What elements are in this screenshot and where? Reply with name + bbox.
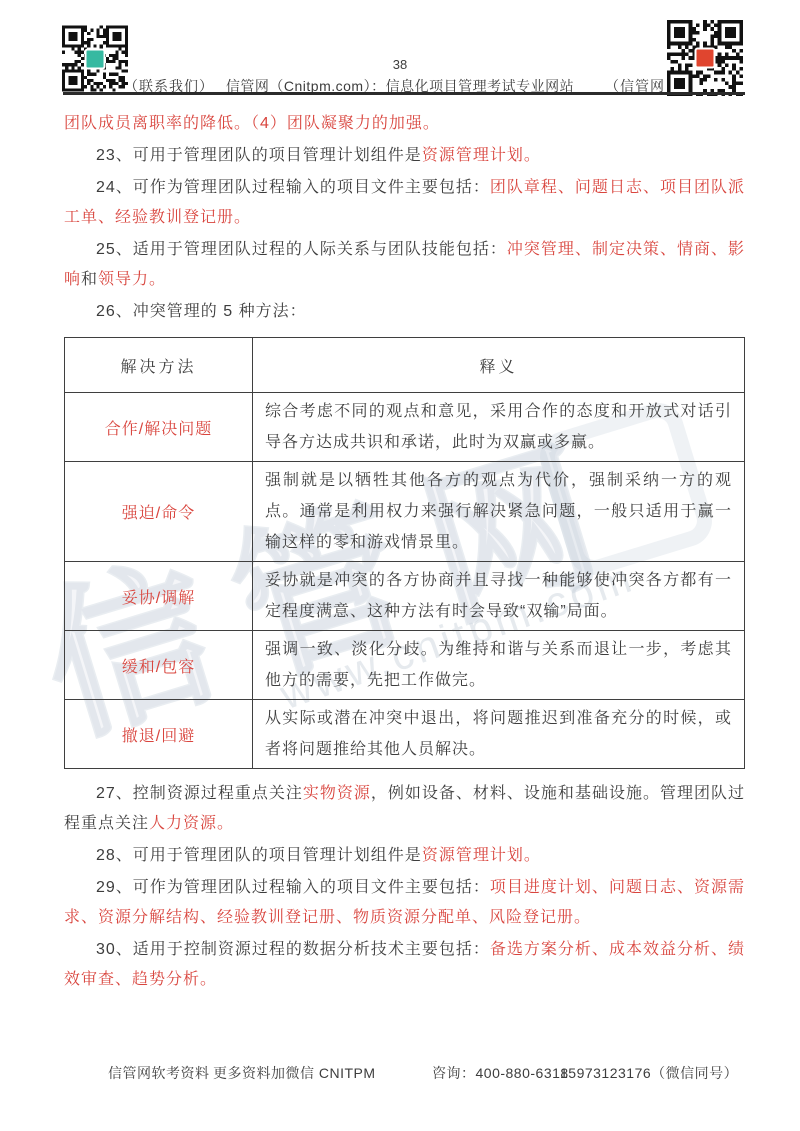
notes-section-bottom: 27、控制资源过程重点关注实物资源，例如设备、材料、设施和基础设施。管理团队过程… [64, 779, 745, 995]
body-text: 25、适用于管理团队过程的人际关系与团队技能包括： [96, 241, 507, 258]
paragraph: 30、适用于控制资源过程的数据分析技术主要包括：备选方案分析、成本效益分析、绩效… [64, 935, 745, 995]
table-body: 合作/解决问题综合考虑不同的观点和意见，采用合作的态度和开放式对话引导各方达成共… [65, 393, 745, 769]
qr-center-logo-orange [695, 48, 716, 69]
paragraph: 团队成员离职率的降低。（4）团队凝聚力的加强。 [64, 109, 745, 139]
body-text: 28、可用于管理团队的项目管理计划组件是 [96, 847, 422, 864]
footer-mobile-phone: 15973123176（微信同号） [560, 1063, 738, 1083]
body-text: 和 [81, 271, 98, 288]
highlighted-text: 领导力。 [98, 271, 166, 288]
paragraph: 26、冲突管理的 5 种方法： [64, 297, 745, 327]
footer-consult-phone: 咨询：400-880-6318 [432, 1063, 569, 1083]
body-text: 23、可用于管理团队的项目管理计划组件是 [96, 147, 422, 164]
highlighted-text: 人力资源。 [149, 815, 234, 832]
paragraph: 29、可作为管理团队过程输入的项目文件主要包括：项目进度计划、问题日志、资源需求… [64, 873, 745, 933]
method-cell: 妥协/调解 [65, 562, 253, 631]
table-row: 撤退/回避从实际或潜在冲突中退出，将问题推迟到准备充分的时候，或者将问题推给其他… [65, 700, 745, 769]
table-row: 强迫/命令强制就是以牺牲其他各方的观点为代价，强制采纳一方的观点。通常是利用权力… [65, 462, 745, 562]
paragraph: 25、适用于管理团队过程的人际关系与团队技能包括：冲突管理、制定决策、情商、影响… [64, 235, 745, 295]
column-header-method: 解决方法 [65, 338, 253, 393]
body-text: 27、控制资源过程重点关注 [96, 785, 303, 802]
document-body: 团队成员离职率的降低。（4）团队凝聚力的加强。23、可用于管理团队的项目管理计划… [64, 109, 745, 997]
footer-wechat: 更多资料加微信 CNITPM [213, 1063, 376, 1083]
footer-brand: 信管网软考资料 [108, 1063, 210, 1083]
table-row: 合作/解决问题综合考虑不同的观点和意见，采用合作的态度和开放式对话引导各方达成共… [65, 393, 745, 462]
paragraph: 24、可作为管理团队过程输入的项目文件主要包括：团队章程、问题日志、项目团队派工… [64, 173, 745, 233]
header-divider [63, 92, 745, 95]
paragraph: 27、控制资源过程重点关注实物资源，例如设备、材料、设施和基础设施。管理团队过程… [64, 779, 745, 839]
method-cell: 缓和/包容 [65, 631, 253, 700]
method-cell: 撤退/回避 [65, 700, 253, 769]
highlighted-text: 资源管理计划。 [422, 847, 541, 864]
definition-cell: 综合考虑不同的观点和意见，采用合作的态度和开放式对话引导各方达成共识和承诺，此时… [253, 393, 745, 462]
highlighted-text: 资源管理计划。 [422, 147, 541, 164]
qr-code-app [666, 20, 744, 96]
method-cell: 合作/解决问题 [65, 393, 253, 462]
method-cell: 强迫/命令 [65, 462, 253, 562]
definition-cell: 强制就是以牺牲其他各方的观点为代价，强制采纳一方的观点。通常是利用权力来强行解决… [253, 462, 745, 562]
page-footer: 信管网软考资料 更多资料加微信 CNITPM 咨询：400-880-6318 1… [0, 1063, 800, 1085]
conflict-methods-table: 解决方法 释义 合作/解决问题综合考虑不同的观点和意见，采用合作的态度和开放式对… [64, 337, 745, 769]
paragraph: 28、可用于管理团队的项目管理计划组件是资源管理计划。 [64, 841, 745, 871]
body-text: 26、冲突管理的 5 种方法： [96, 303, 307, 320]
table-row: 缓和/包容强调一致、淡化分歧。为维持和谐与关系而退让一步，考虑其他方的需要，先把… [65, 631, 745, 700]
definition-cell: 妥协就是冲突的各方协商并且寻找一种能够使冲突各方都有一定程度满意、这种方法有时会… [253, 562, 745, 631]
definition-cell: 从实际或潜在冲突中退出，将问题推迟到准备充分的时候，或者将问题推给其他人员解决。 [253, 700, 745, 769]
table-row: 妥协/调解妥协就是冲突的各方协商并且寻找一种能够使冲突各方都有一定程度满意、这种… [65, 562, 745, 631]
paragraph: 23、可用于管理团队的项目管理计划组件是资源管理计划。 [64, 141, 745, 171]
highlighted-text: 团队成员离职率的降低。（4）团队凝聚力的加强。 [64, 115, 440, 132]
notes-section-top: 团队成员离职率的降低。（4）团队凝聚力的加强。23、可用于管理团队的项目管理计划… [64, 109, 745, 327]
highlighted-text: 实物资源 [303, 785, 371, 802]
table-header-row: 解决方法 释义 [65, 338, 745, 393]
column-header-definition: 释义 [253, 338, 745, 393]
body-text: 29、可作为管理团队过程输入的项目文件主要包括： [96, 879, 490, 896]
body-text: 24、可作为管理团队过程输入的项目文件主要包括： [96, 179, 490, 196]
document-page: 信管网 www.cnitpm.com （联系我们） 38 信管网（Cnitpm.… [0, 0, 800, 1131]
definition-cell: 强调一致、淡化分歧。为维持和谐与关系而退让一步，考虑其他方的需要，先把工作做完。 [253, 631, 745, 700]
body-text: 30、适用于控制资源过程的数据分析技术主要包括： [96, 941, 490, 958]
